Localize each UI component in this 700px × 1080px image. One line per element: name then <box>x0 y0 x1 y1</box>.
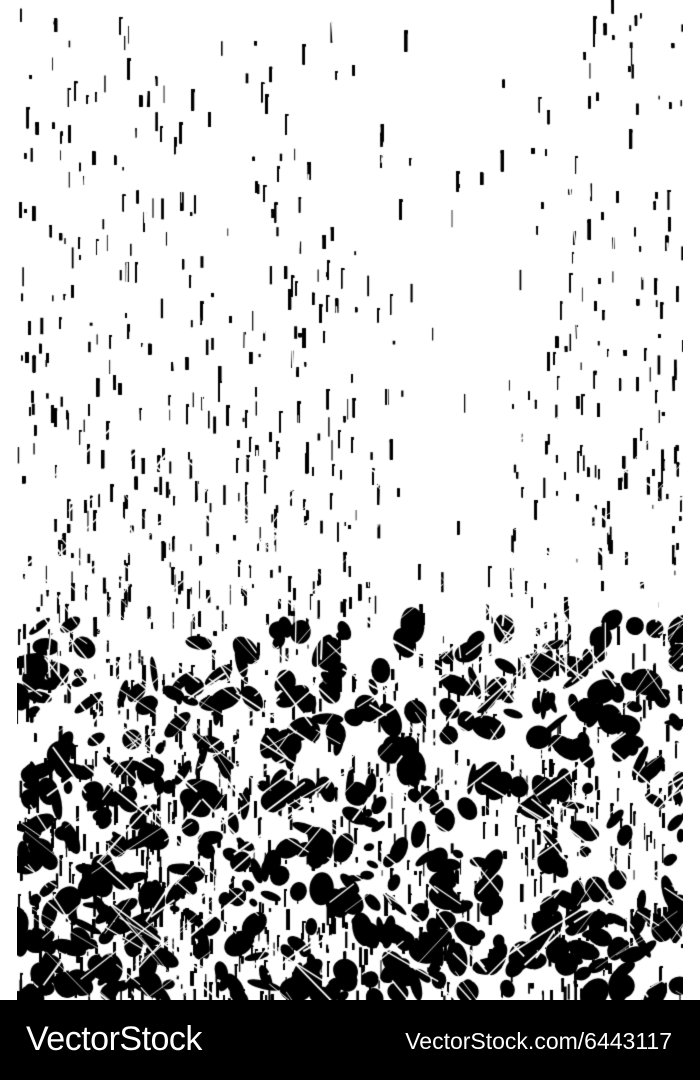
watermark-footer: VectorStock VectorStock.com/6443117 <box>0 1000 700 1080</box>
texture-canvas <box>17 0 683 1000</box>
grunge-texture-image <box>0 0 700 1000</box>
brand-logo-text: VectorStock <box>26 1020 202 1059</box>
image-id-text: VectorStock.com/6443117 <box>405 1028 672 1055</box>
